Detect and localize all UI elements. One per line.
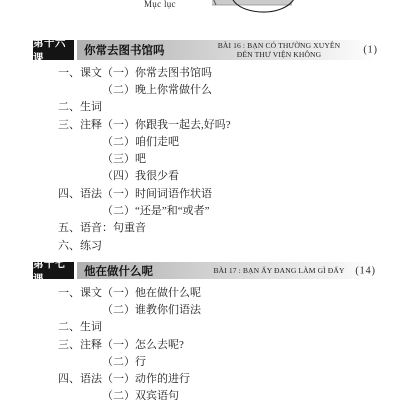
toc-item-text: （一）时间词语作状语 xyxy=(102,185,212,201)
lesson-16-header: 第十六课 你常去图书馆吗 BÀI 16 : BẠN CÓ THƯỜNG XUYÊ… xyxy=(33,40,378,60)
toc-row: 四、语法（一）时间词语作状语 xyxy=(58,184,388,201)
lesson-16-title-vi: BÀI 16 : BẠN CÓ THƯỜNG XUYÊN ĐẾN THƯ VIỆ… xyxy=(180,41,378,59)
toc-section-label: 二、生词 xyxy=(58,318,102,334)
toc-row: （二）咱们走吧 xyxy=(58,132,388,149)
toc-section-label: 四、语法 xyxy=(58,370,102,386)
lesson-17-title-vi: BÀI 17 : BẠN ẤY ĐANG LÀM GÌ ĐẤY xyxy=(180,266,378,275)
toc-row: （四）我很少看 xyxy=(58,167,388,184)
lesson-16-title-zh: 你常去图书馆吗 xyxy=(77,42,180,58)
toc-item-text: （二）双宾语句 xyxy=(102,387,179,400)
page-header-decoration: Mục lục xyxy=(0,0,400,20)
toc-row: 二、生词 xyxy=(58,318,388,335)
toc-section-label: 三、注释 xyxy=(58,116,102,132)
toc-item-text: （一）怎么去呢? xyxy=(102,336,184,352)
toc-item-text: （二）“还是”和“或者” xyxy=(102,202,210,218)
toc-row: 一、课文（一）你常去图书馆吗 xyxy=(58,63,388,80)
toc-row: （二）行 xyxy=(58,352,388,369)
toc-row: （二）“还是”和“或者” xyxy=(58,201,388,218)
toc-item-text: （二）行 xyxy=(102,353,146,369)
toc-section-label: 六、练习 xyxy=(58,237,102,253)
toc-row: 一、课文（一）他在做什么呢 xyxy=(58,283,388,300)
toc-row: 四、语法（一）动作的进行 xyxy=(58,369,388,386)
lesson-17-header: 第十七课 他在做什么呢 BÀI 17 : BẠN ẤY ĐANG LÀM GÌ … xyxy=(33,262,378,279)
toc-row: 五、语音：句重音 xyxy=(58,219,388,236)
lesson-16-title-vi-line2: ĐẾN THƯ VIỆN KHÔNG xyxy=(180,50,378,59)
toc-row: （二）晚上你常做什么 xyxy=(58,80,388,97)
toc-row: （二）双宾语句 xyxy=(58,387,388,400)
toc-item-text: （一）动作的进行 xyxy=(102,370,190,386)
toc-section-label: 二、生词 xyxy=(58,98,102,114)
toc-page: Mục lục 第十六课 你常去图书馆吗 BÀI 16 : BẠN CÓ THƯ… xyxy=(0,0,400,400)
header-swoosh-graphic xyxy=(203,0,313,18)
lesson-16-title-vi-line1: BÀI 16 : BẠN CÓ THƯỜNG XUYÊN xyxy=(180,41,378,50)
toc-section-label: 一、课文 xyxy=(58,64,102,80)
toc-row: 三、注释（一）你跟我一起去,好吗? xyxy=(58,115,388,132)
toc-section-label: 三、注释 xyxy=(58,336,102,352)
toc-item-text: （一）你跟我一起去,好吗? xyxy=(102,116,231,132)
lesson-16-tag: 第十六课 xyxy=(33,40,74,60)
toc-page-label: Mục lục xyxy=(144,0,176,9)
toc-row: 三、注释（一）怎么去呢? xyxy=(58,335,388,352)
lesson-17-entries: 一、课文（一）他在做什么呢 （二）谁教你们语法 二、生词 三、注释（一）怎么去呢… xyxy=(58,283,388,400)
toc-item-text: （一）你常去图书馆吗 xyxy=(102,64,212,80)
toc-section-label: 四、语法 xyxy=(58,185,102,201)
lesson-17-page-number: (14) xyxy=(355,265,376,276)
toc-row: （二）谁教你们语法 xyxy=(58,300,388,317)
toc-item-text: （二）晚上你常做什么 xyxy=(102,81,212,97)
toc-section-label: 一、课文 xyxy=(58,284,102,300)
toc-row: （三）吧 xyxy=(58,149,388,166)
toc-section-label: 五、语音：句重音 xyxy=(58,219,146,235)
lesson-17-title-bar: 他在做什么呢 BÀI 17 : BẠN ẤY ĐANG LÀM GÌ ĐẤY xyxy=(77,262,378,279)
lesson-16-entries: 一、课文（一）你常去图书馆吗 （二）晚上你常做什么 二、生词 三、注释（一）你跟… xyxy=(58,63,388,253)
toc-item-text: （二）咱们走吧 xyxy=(102,133,179,149)
lesson-17-tag: 第十七课 xyxy=(33,262,74,279)
toc-item-text: （三）吧 xyxy=(102,150,146,166)
toc-item-text: （二）谁教你们语法 xyxy=(102,301,201,317)
lesson-16-title-bar: 你常去图书馆吗 BÀI 16 : BẠN CÓ THƯỜNG XUYÊN ĐẾN… xyxy=(77,40,378,60)
lesson-17-title-zh: 他在做什么呢 xyxy=(77,263,180,279)
toc-row: 六、练习 xyxy=(58,236,388,253)
toc-item-text: （一）他在做什么呢 xyxy=(102,284,201,300)
toc-item-text: （四）我很少看 xyxy=(102,167,179,183)
lesson-16-page-number: (1) xyxy=(363,45,378,56)
lesson-17-title-vi-line1: BÀI 17 : BẠN ẤY ĐANG LÀM GÌ ĐẤY xyxy=(180,266,378,275)
toc-row: 二、生词 xyxy=(58,98,388,115)
